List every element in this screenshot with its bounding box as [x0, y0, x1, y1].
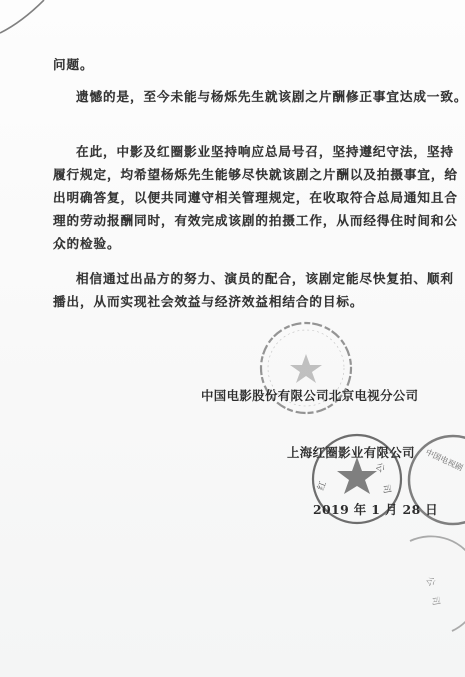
partial-seal-right-lower-icon: 公 司: [400, 535, 465, 645]
svg-text:司: 司: [380, 484, 392, 495]
paragraph-3-line-1: 在此，中影及红圈影业坚持响应总局号召，坚持遵纪守法，坚持: [76, 141, 454, 160]
signature-company-1: 中国电影股份有限公司北京电视分公司: [201, 386, 418, 404]
svg-text:司: 司: [429, 596, 441, 607]
paragraph-3-line-4: 理的劳动报酬同时，有效完成该剧的拍摄工作，从而经得住时间和公: [53, 210, 458, 229]
svg-text:公: 公: [423, 575, 437, 588]
paragraph-1-line-1: 问题。: [53, 54, 93, 73]
signature-date: 2019 年 1 月 28 日: [313, 500, 438, 518]
paragraph-3-line-3: 出明确答复，以便共同遵守相关管理规定，在收取符合总局通知且合: [53, 187, 458, 206]
paragraph-4-line-1: 相信通过出品方的努力、演员的配合，该剧定能尽快复拍、顺利: [76, 268, 454, 287]
paragraph-4-line-2: 播出，从而实现社会效益与经济效益相结合的目标。: [53, 291, 363, 310]
page-crease-mark: [0, 0, 60, 40]
signature-company-2: 上海红圈影业有限公司: [287, 443, 415, 461]
paragraph-3-line-2: 履行规定，均希望杨烁先生能够尽快就该剧之片酬以及拍摄事宜，给: [53, 164, 458, 183]
document-page: 问题。 遗憾的是，至今未能与杨烁先生就该剧之片酬修正事宜达成一致。 在此，中影及…: [0, 0, 465, 677]
paragraph-2-line-1: 遗憾的是，至今未能与杨烁先生就该剧之片酬修正事宜达成一致。: [76, 86, 465, 105]
paragraph-3-line-5: 众的检验。: [53, 233, 120, 252]
svg-text:中国电视剧: 中国电视剧: [424, 447, 464, 473]
svg-text:红: 红: [315, 479, 329, 492]
svg-text:公: 公: [373, 461, 387, 475]
